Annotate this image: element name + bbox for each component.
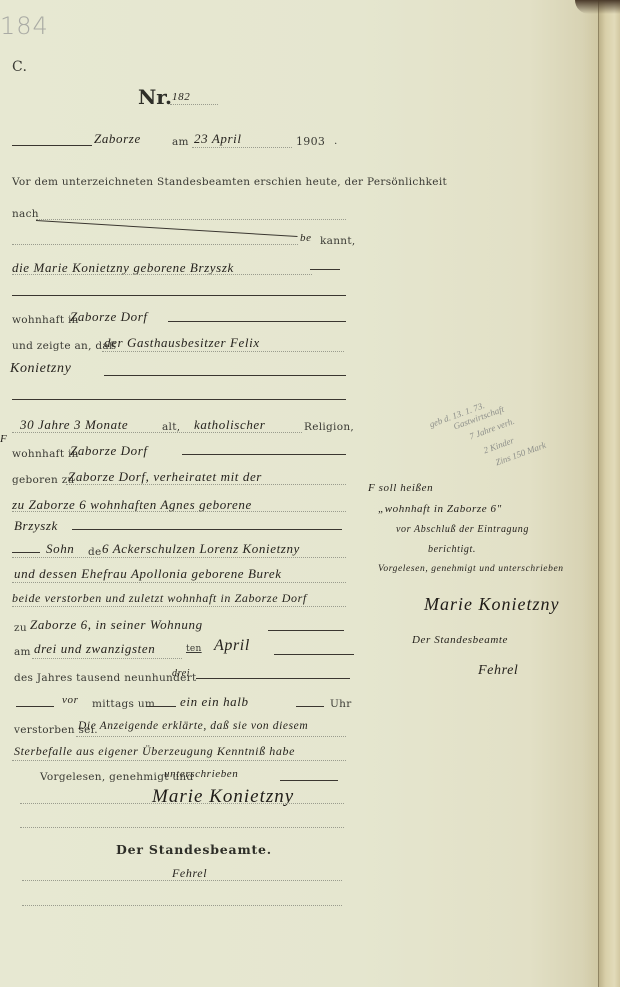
year-word-value: drei bbox=[172, 668, 190, 679]
correction-line-1: F soll heißen bbox=[368, 482, 433, 494]
pencil-page-number: 184 bbox=[0, 12, 49, 40]
death-place-label: zu bbox=[14, 622, 27, 634]
deceased-rule bbox=[104, 375, 346, 376]
son-rule bbox=[12, 552, 40, 553]
correction-line-3: vor Abschluß der Eintragung bbox=[396, 524, 529, 535]
year-label: des Jahres tausend neunhundert bbox=[14, 672, 196, 684]
mittags-label: mittags um bbox=[92, 698, 155, 710]
known-prefix: be bbox=[300, 232, 312, 244]
son-prefix: Sohn bbox=[46, 541, 74, 557]
born-value: Zaborze Dorf, verheiratet mit der bbox=[68, 469, 262, 485]
number-label: Nr. bbox=[138, 85, 172, 109]
death-day-dotted-line bbox=[32, 658, 182, 659]
date-value: 23 April bbox=[194, 131, 242, 147]
parents-line-3: beide verstorben und zuletzt wohnhaft in… bbox=[12, 591, 307, 606]
deceased-residence-rule bbox=[182, 454, 346, 455]
residence-value: Zaborze Dorf bbox=[70, 309, 148, 325]
death-day-value: drei und zwanzigsten bbox=[34, 641, 155, 657]
death-day-suffix: ten bbox=[186, 644, 202, 654]
signature-dotted-line-1 bbox=[20, 803, 344, 804]
parents-dotted-line-2 bbox=[12, 582, 346, 583]
time-rule-3 bbox=[296, 706, 324, 707]
spouse-line-2: Brzyszk bbox=[14, 518, 58, 534]
read-rule bbox=[280, 780, 338, 781]
reported-label: und zeigte an, daß bbox=[12, 340, 116, 352]
registrar-dotted-line-1 bbox=[22, 880, 342, 881]
spouse-dotted-line bbox=[12, 511, 346, 512]
statement-dotted-line-1 bbox=[76, 736, 346, 737]
age-value: 30 Jahre 3 Monate bbox=[20, 417, 128, 433]
read-value: unterschrieben bbox=[164, 768, 238, 780]
time-rule-2 bbox=[146, 706, 176, 707]
time-rule-1 bbox=[16, 706, 54, 707]
intro-text: Vor dem unterzeichneten Standesbeamten e… bbox=[12, 176, 447, 188]
date-dotted-line bbox=[192, 147, 292, 148]
correction-signature: Marie Konietzny bbox=[424, 594, 559, 615]
parents-line-2: und dessen Ehefrau Apollonia geborene Bu… bbox=[14, 566, 282, 582]
statement-line-2: Sterbefalle aus eigener Überzeugung Kenn… bbox=[14, 744, 295, 759]
death-month-value: April bbox=[214, 637, 250, 655]
registrar-dotted-line-2 bbox=[22, 905, 342, 906]
time-prefix: vor bbox=[62, 694, 78, 706]
informant-rule-2 bbox=[12, 295, 346, 296]
death-place-value: Zaborze 6, in seiner Wohnung bbox=[30, 617, 203, 633]
registrar-signature: Fehrel bbox=[172, 866, 207, 881]
uhr-label: Uhr bbox=[330, 698, 352, 710]
death-month-rule bbox=[274, 654, 354, 655]
year-value: 1903 bbox=[296, 135, 325, 148]
residence-label: wohnhaft in bbox=[12, 314, 79, 326]
parents-dotted-line-1 bbox=[12, 557, 346, 558]
known-dotted-line bbox=[12, 244, 298, 245]
informant-rule bbox=[310, 269, 340, 270]
deceased-line-2: Konietzny bbox=[10, 361, 71, 377]
deceased-line-1: der Gasthausbesitzer Felix bbox=[104, 335, 260, 351]
correction-line-2: „wohnhaft in Zaborze 6" bbox=[378, 503, 502, 515]
margin-mark: F bbox=[0, 433, 7, 445]
correction-line-5: Vorgelesen, genehmigt und unterschrieben bbox=[378, 564, 564, 574]
born-dotted-line bbox=[66, 484, 346, 485]
statement-dotted-line-2 bbox=[12, 760, 346, 761]
year-rule bbox=[196, 678, 350, 679]
religion-label: Religion, bbox=[304, 421, 354, 433]
correction-registrar-signature: Fehrel bbox=[478, 663, 518, 679]
year-period: . bbox=[334, 135, 338, 147]
correction-line-4: berichtigt. bbox=[428, 544, 476, 555]
correction-registrar-title: Der Standesbeamte bbox=[412, 634, 508, 646]
place-value: Zaborze bbox=[94, 131, 141, 147]
known-label: kannt, bbox=[320, 235, 356, 247]
time-value: ein ein halb bbox=[180, 694, 249, 710]
informant-dotted-line bbox=[12, 274, 312, 275]
page-corner-shadow bbox=[575, 0, 620, 14]
religion-value: katholischer bbox=[194, 417, 265, 433]
statement-line-1: Die Anzeigende erklärte, daß sie von die… bbox=[78, 720, 308, 732]
residence-rule bbox=[168, 321, 346, 322]
age-dotted-line bbox=[12, 432, 302, 433]
parents-line-1: 6 Ackerschulzen Lorenz Konietzny bbox=[102, 541, 300, 557]
record-number: 182 bbox=[172, 91, 190, 103]
book-binding-edge bbox=[598, 0, 620, 987]
deceased-rule-2 bbox=[12, 399, 346, 400]
nach-label: nach bbox=[12, 208, 39, 220]
place-rule bbox=[12, 145, 92, 146]
spouse-rule bbox=[72, 529, 342, 530]
date-label: am bbox=[172, 136, 189, 148]
register-page bbox=[0, 0, 600, 987]
deceased-residence-value: Zaborze Dorf bbox=[70, 443, 148, 459]
informant-signature: Marie Konietzny bbox=[152, 786, 294, 808]
deceased-dotted-line bbox=[102, 351, 344, 352]
death-day-label: am bbox=[14, 646, 31, 658]
parents-dotted-line-3 bbox=[12, 606, 346, 607]
death-place-rule bbox=[268, 630, 344, 631]
registrar-title: Der Standesbeamte. bbox=[116, 842, 272, 857]
deceased-residence-label: wohnhaft in bbox=[12, 448, 79, 460]
nach-dotted-line bbox=[36, 219, 346, 220]
signature-dotted-line-2 bbox=[20, 827, 344, 828]
form-letter: C. bbox=[12, 59, 27, 75]
number-dotted-line bbox=[170, 104, 218, 105]
